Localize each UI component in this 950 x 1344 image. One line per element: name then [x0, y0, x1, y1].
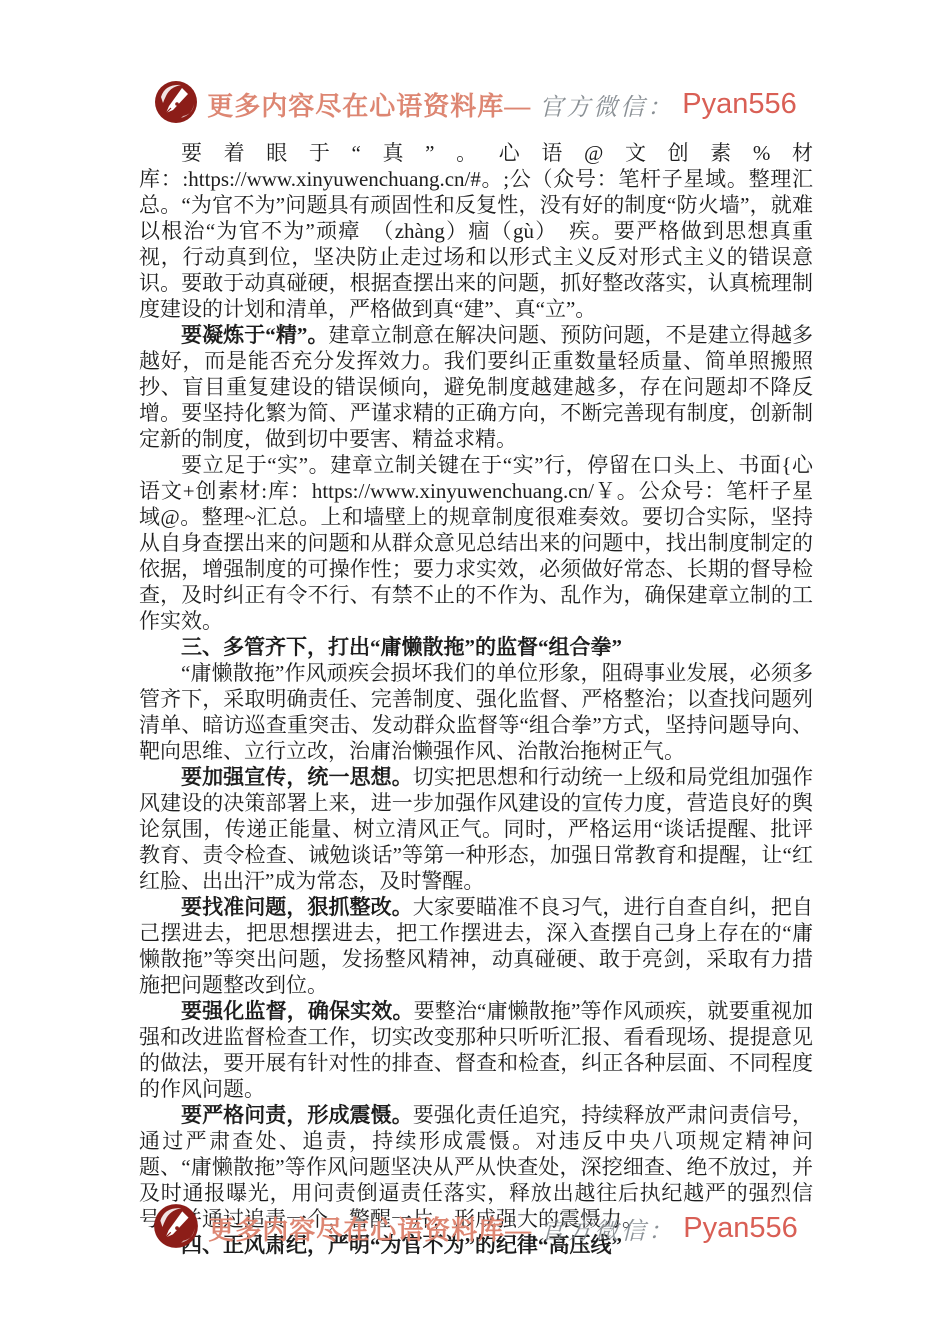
paragraph-lead: 要严格问责，形成震慑。 — [181, 1103, 413, 1127]
document-body: 要着眼于“真”。心语@文创素%材库：:https://www.xinyuwenc… — [139, 140, 813, 1258]
paragraph: 要着眼于“真”。心语@文创素%材库：:https://www.xinyuwenc… — [139, 140, 813, 322]
paragraph: 要凝炼于“精”。建章立制意在解决问题、预防问题，不是建立得越多越好，而是能否充分… — [139, 322, 813, 452]
pen-logo-icon — [152, 1202, 200, 1255]
section-heading: 三、多管齐下，打出“庸懒散拖”的监督“组合拳” — [139, 634, 813, 660]
watermark-label-text: 官方微信： — [540, 1211, 675, 1246]
paragraph: 要找准问题，狠抓整改。大家要瞄准不良习气，进行自查自纠，把自己摆进去，把思想摆进… — [139, 894, 813, 998]
paragraph-lead: 要加强宣传，统一思想。 — [181, 765, 413, 789]
watermark-footer: 更多内容尽在心语资料库— 官方微信： Pyan556 — [0, 1200, 950, 1256]
paragraph: 要加强宣传，统一思想。切实把思想和行动统一上级和局党组加强作风建设的决策部署上来… — [139, 764, 813, 894]
document-page: 更多内容尽在心语资料库— 官方微信： Pyan556 要着眼于“真”。心语@文创… — [0, 0, 950, 1344]
watermark-account-text: Pyan556 — [682, 88, 797, 121]
watermark-main-text: 更多内容尽在心语资料库— — [208, 1210, 532, 1247]
paragraph-lead: 要找准问题，狠抓整改。 — [181, 895, 413, 919]
watermark-main-text: 更多内容尽在心语资料库— — [207, 86, 531, 123]
paragraph: 要立足于“实”。建章立制关键在于“实”行，停留在口头上、书面{心语文+创素材:库… — [139, 452, 813, 634]
paragraph: 要强化监督，确保实效。要整治“庸懒散拖”等作风顽疾，就要重视加强和改进监督检查工… — [139, 998, 813, 1102]
pen-logo-icon — [153, 79, 199, 130]
watermark-account-text: Pyan556 — [683, 1212, 798, 1245]
paragraph-lead: 要凝炼于“精”。 — [181, 323, 329, 347]
watermark-label-text: 官方微信： — [539, 87, 674, 122]
paragraph-lead: 要强化监督，确保实效。 — [181, 999, 414, 1023]
watermark-header: 更多内容尽在心语资料库— 官方微信： Pyan556 — [0, 78, 950, 130]
paragraph: “庸懒散拖”作风顽疾会损坏我们的单位形象，阻碍事业发展，必须多管齐下，采取明确责… — [139, 660, 813, 764]
